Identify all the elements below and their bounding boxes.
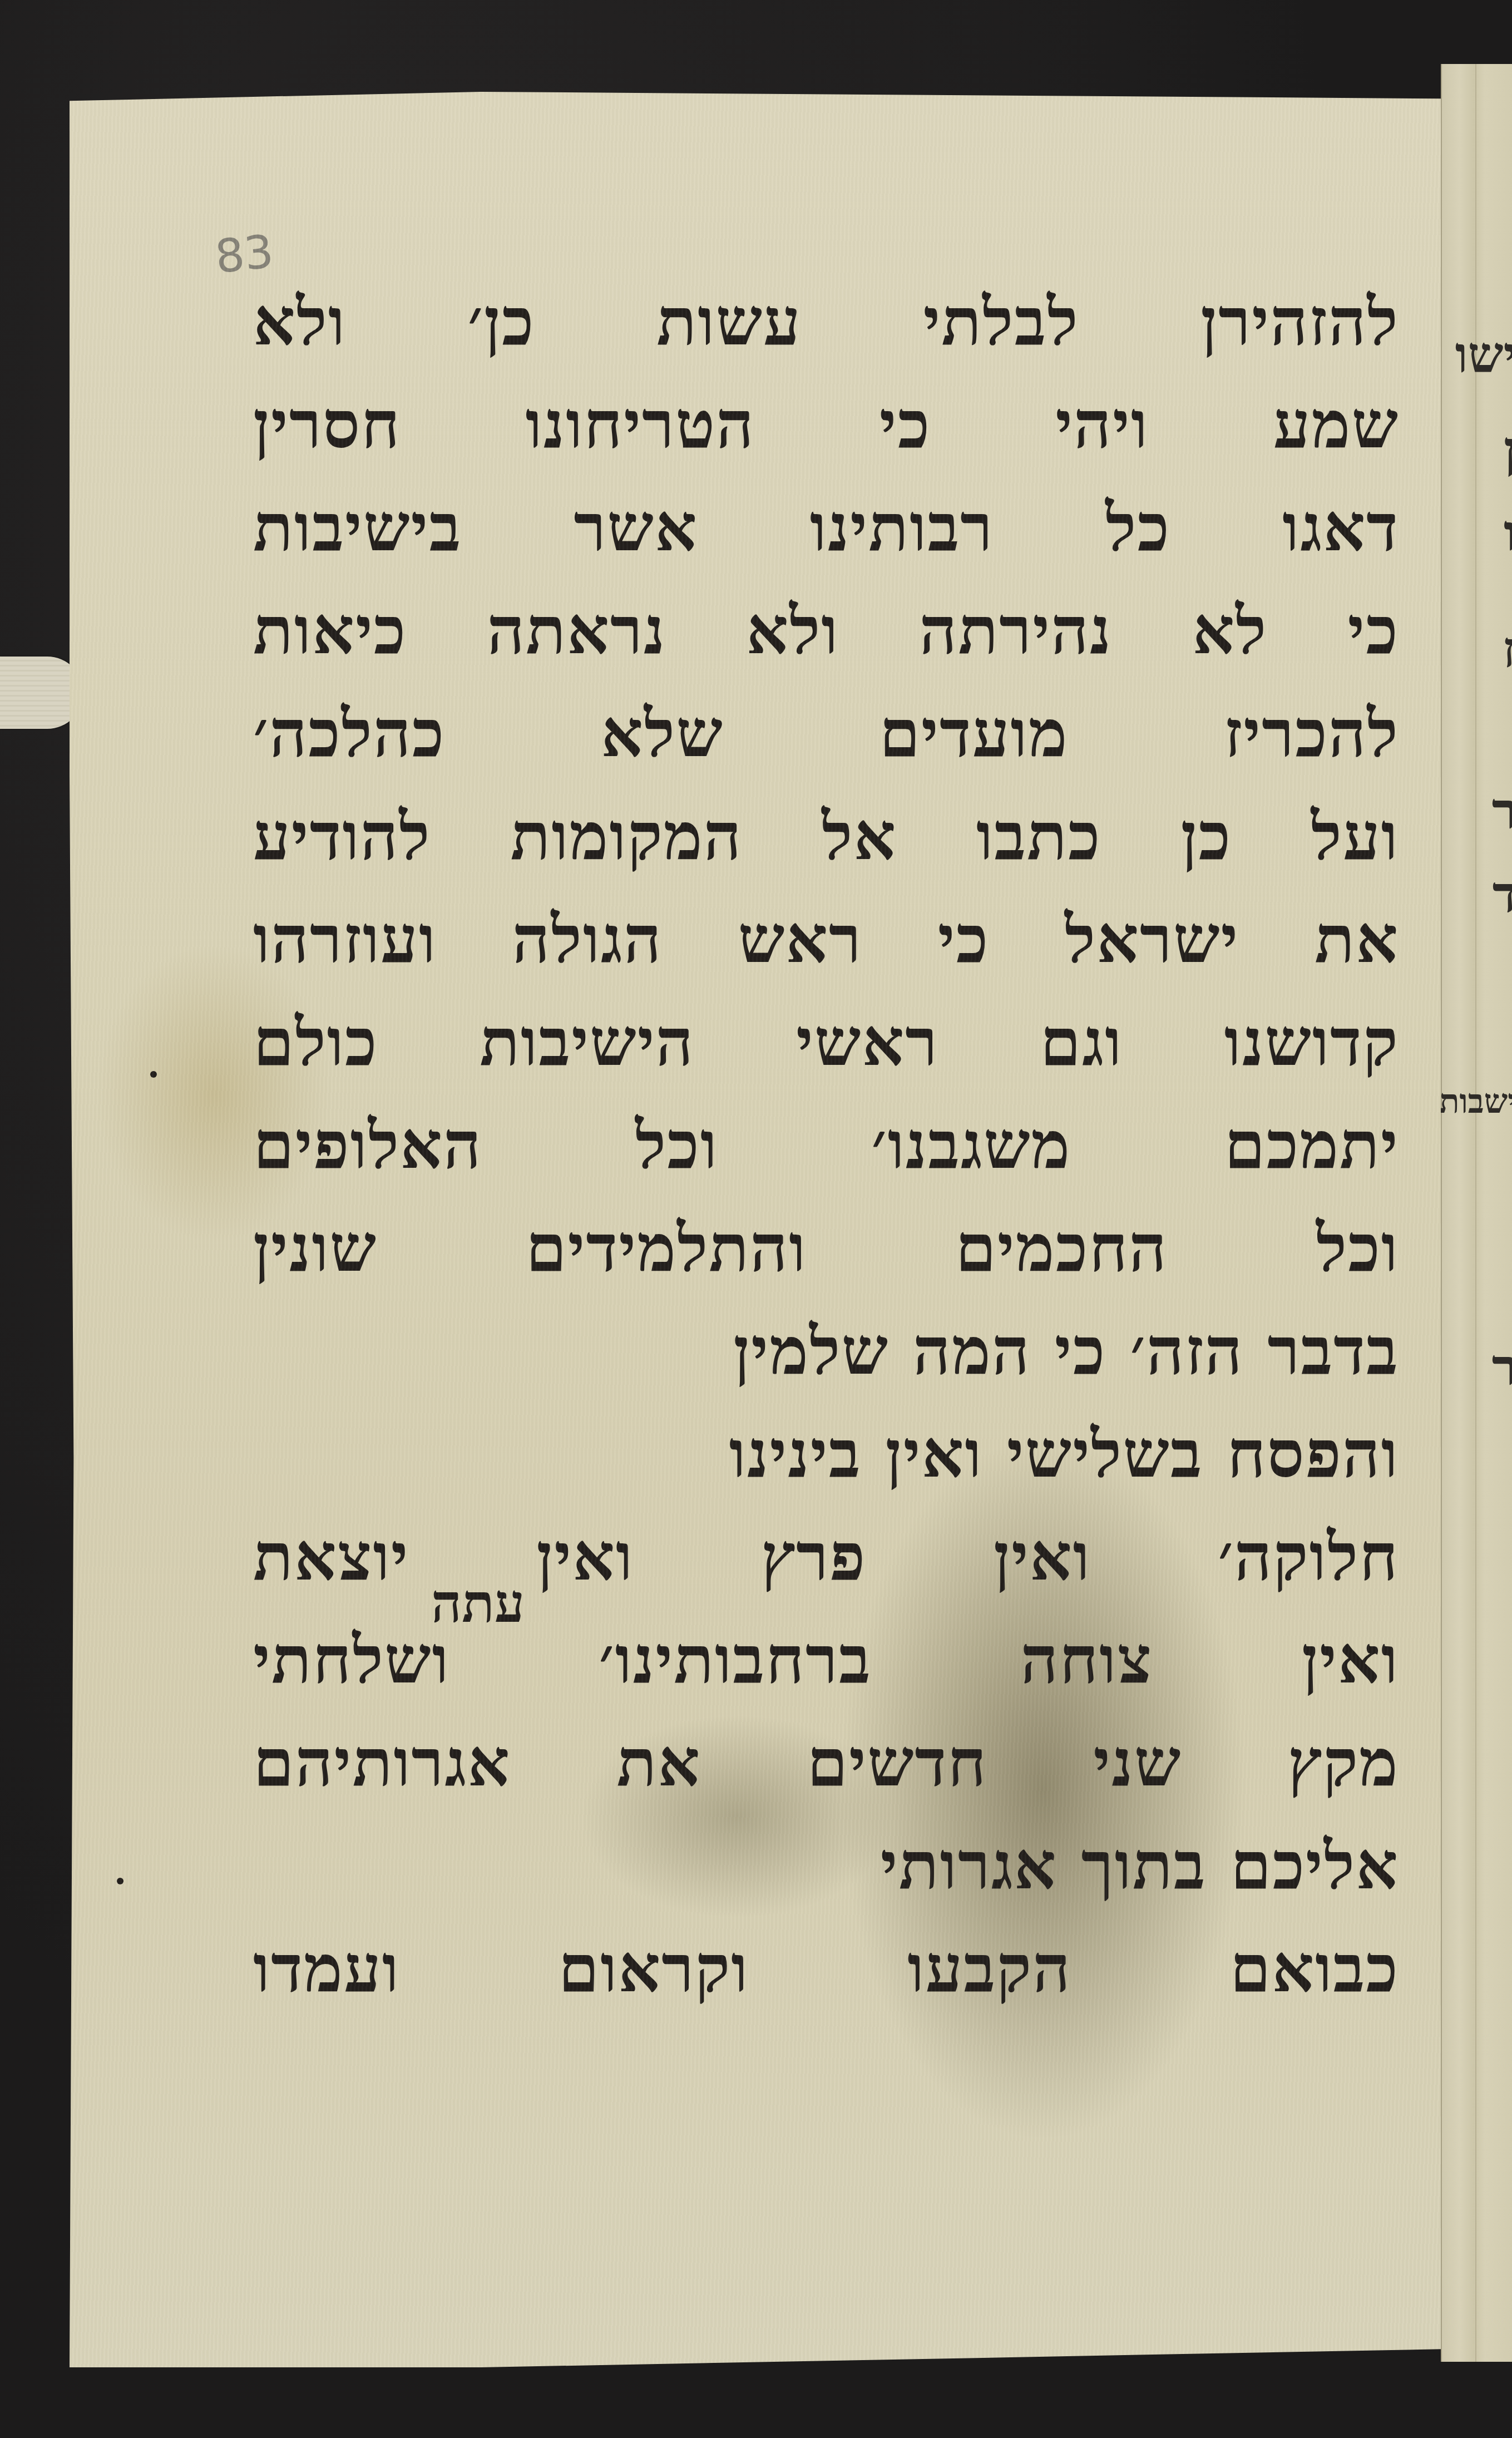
facing-page-fragment: ו <box>1504 504 1512 562</box>
text-line: שמע ויהי כי הטריחונו חסרין <box>253 373 1399 476</box>
text-line: את ישראל כי ראש הגולה ועוזרהו <box>253 887 1399 990</box>
manuscript-page: 83 להזהירן לבלתי עשות כן׳ ולא שמע ויהי כ… <box>70 92 1441 2367</box>
facing-page-fragment: ר <box>1492 1338 1512 1397</box>
text-line: דאגו כל רבותינו אשר בישיבות <box>253 476 1399 579</box>
text-line: כבואם הקבעו וקראום ועמדו <box>253 1917 1399 2020</box>
text-line: קדושנו וגם ראשי הישיבות כולם <box>253 990 1399 1093</box>
ink-dot <box>117 1878 123 1884</box>
facing-page-edge: ישו ן ו ז ר ד ישבות ר <box>1441 64 1512 2362</box>
facing-page-fragment: ז <box>1503 620 1512 679</box>
text-line: אליכם בתוך אגרותי <box>253 1814 1399 1917</box>
facing-page-fragment: ד <box>1493 865 1512 924</box>
facing-page-fragment: ן <box>1504 420 1512 479</box>
facing-page-fragment: ר <box>1492 782 1512 841</box>
facing-page-fragment: ישבות <box>1439 1082 1512 1121</box>
text-line: להכריז מועדים שלא כהלכה׳ <box>253 682 1399 784</box>
text-line: מקץ שני חדשים את אגרותיהם <box>253 1711 1399 1814</box>
facing-page-fragment: ישו <box>1455 325 1512 384</box>
page-gutter-line <box>1475 64 1476 2362</box>
text-line: בדבר הזה׳ כי המה שלמין <box>253 1299 1399 1402</box>
text-line: יתמכם משגבנו׳ וכל האלופים <box>253 1093 1399 1196</box>
text-line: ואין צוחה ברחבותינו׳ ושלחתי <box>253 1608 1399 1711</box>
ink-dot <box>150 1071 157 1078</box>
text-line: כי לא נהירתה ולא נראתה כיאות <box>253 579 1399 682</box>
text-line: להזהירן לבלתי עשות כן׳ ולא <box>253 270 1399 373</box>
text-line: וכל החכמים והתלמידים שונין <box>253 1196 1399 1299</box>
text-line: ועל כן כתבו אל המקומות להודיע <box>253 784 1399 887</box>
interlinear-note: עתה <box>431 1572 525 1635</box>
text-line: חלוקה׳ ואין פרץ ואין יוצאת <box>253 1505 1399 1608</box>
text-line: והפסח בשלישי ואין בינינו <box>253 1402 1399 1505</box>
hebrew-text-block: להזהירן לבלתי עשות כן׳ ולא שמע ויהי כי ה… <box>253 270 1399 2020</box>
